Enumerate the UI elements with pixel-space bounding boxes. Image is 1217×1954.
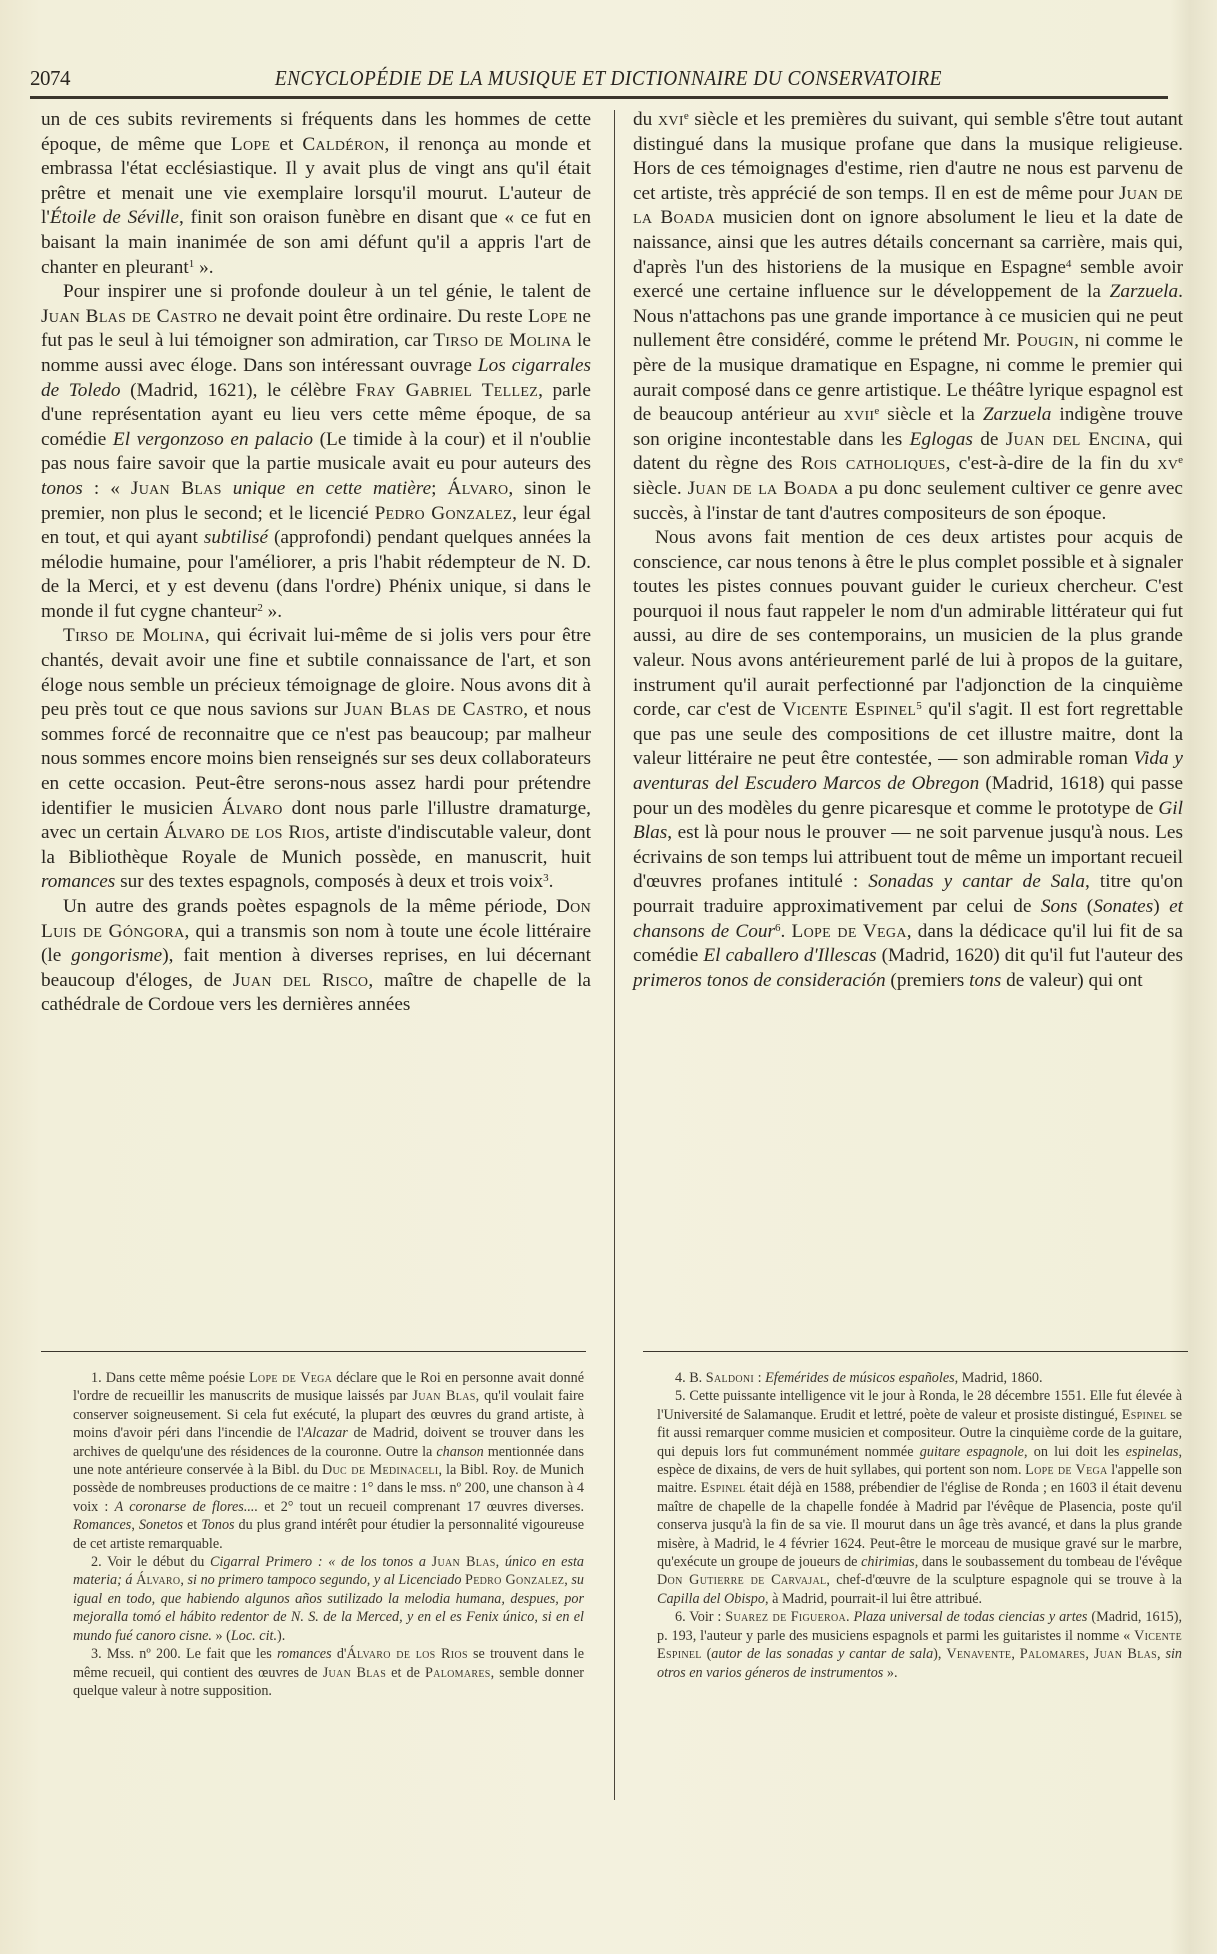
work-title: Sonadas y cantar de Sala	[868, 871, 1085, 892]
emphasis: romances	[41, 871, 115, 892]
person-name: Juan de la Boada	[688, 478, 839, 499]
header-rule	[30, 96, 1168, 99]
paragraph: Un autre des grands poètes espagnols de …	[41, 895, 591, 1018]
paragraph: du xvie siècle et les premières du suiva…	[633, 108, 1183, 526]
emphasis: tonos	[41, 478, 83, 499]
page-header: 2074 ENCYCLOPÉDIE DE LA MUSIQUE ET DICTI…	[30, 66, 1170, 96]
paragraph: Nous avons fait mention de ces deux arti…	[633, 526, 1183, 993]
work-title: El vergonzoso en palacio	[113, 429, 313, 450]
footnote: 4. B. Saldoni : Efemérides de músicos es…	[657, 1369, 1182, 1387]
right-column: du xvie siècle et les premières du suiva…	[633, 108, 1183, 993]
emphasis: Zarzuela	[983, 404, 1052, 425]
emphasis: Sonates	[1093, 896, 1153, 917]
running-title: ENCYCLOPÉDIE DE LA MUSIQUE ET DICTIONNAI…	[130, 66, 1087, 91]
emphasis: Zarzuela	[1110, 281, 1179, 302]
footnote: 6. Voir : Suarez de Figueroa. Plaza univ…	[657, 1608, 1182, 1682]
footnote: 5. Cette puissante intelligence vit le j…	[657, 1387, 1182, 1608]
footnote-rule	[41, 1351, 586, 1352]
emphasis: Sons	[1041, 896, 1077, 917]
person-name: Fray Gabriel Tellez	[356, 380, 538, 401]
footnote: 2. Voir le début du Cigarral Primero : «…	[73, 1553, 584, 1645]
footnotes-right: 4. B. Saldoni : Efemérides de músicos es…	[657, 1369, 1182, 1682]
column-divider	[614, 110, 615, 1800]
person-name: Tirso de Molina	[63, 625, 205, 646]
person-name: Tirso de Molina	[433, 330, 571, 351]
book-page: 2074 ENCYCLOPÉDIE DE LA MUSIQUE ET DICTI…	[0, 0, 1217, 1954]
emphasis: tons	[969, 970, 1001, 991]
emphasis: gongorisme	[71, 945, 162, 966]
person-name: Vicente Espinel	[782, 699, 916, 720]
emphasis: unique en cette matière	[222, 478, 431, 499]
person-name: Álvaro de los Rios	[164, 822, 325, 843]
person-name: Juan Blas de Castro	[344, 699, 523, 720]
left-column: un de ces subits revirements si fréquent…	[41, 108, 591, 1018]
person-name: Pedro Gonzalez	[375, 503, 513, 524]
person-name: Lope	[528, 306, 567, 327]
person-name: Juan del Risco	[233, 970, 369, 991]
work-title: Eglogas	[910, 429, 973, 450]
work-title: El caballero d'Illescas	[703, 945, 876, 966]
footnote: 1. Dans cette même poésie Lope de Vega d…	[73, 1369, 584, 1553]
person-name: Rois catholiques	[801, 453, 946, 474]
person-name: Pougin	[1016, 330, 1074, 351]
footnotes-left: 1. Dans cette même poésie Lope de Vega d…	[73, 1369, 584, 1700]
person-name: Caldéron	[302, 134, 384, 155]
person-name: Lope	[231, 134, 270, 155]
paragraph: Pour inspirer une si profonde douleur à …	[41, 280, 591, 624]
person-name: Juan Blas	[131, 478, 222, 499]
person-name: Juan Blas de Castro	[41, 306, 217, 327]
work-title: Étoile de Séville	[50, 207, 179, 228]
person-name: Lope de Vega	[792, 921, 907, 942]
person-name: Juan del Encina	[1006, 429, 1146, 450]
page-number: 2074	[30, 66, 70, 91]
emphasis: subtilisé	[204, 527, 268, 548]
emphasis: primeros tonos de consideración	[633, 970, 886, 991]
footnote: 3. Mss. nº 200. Le fait que les romances…	[73, 1645, 584, 1700]
paragraph: Tirso de Molina, qui écrivait lui-même d…	[41, 624, 591, 895]
paragraph: un de ces subits revirements si fréquent…	[41, 108, 591, 280]
person-name: Álvaro	[222, 798, 283, 819]
footnote-rule	[643, 1351, 1188, 1352]
person-name: Álvaro	[448, 478, 509, 499]
